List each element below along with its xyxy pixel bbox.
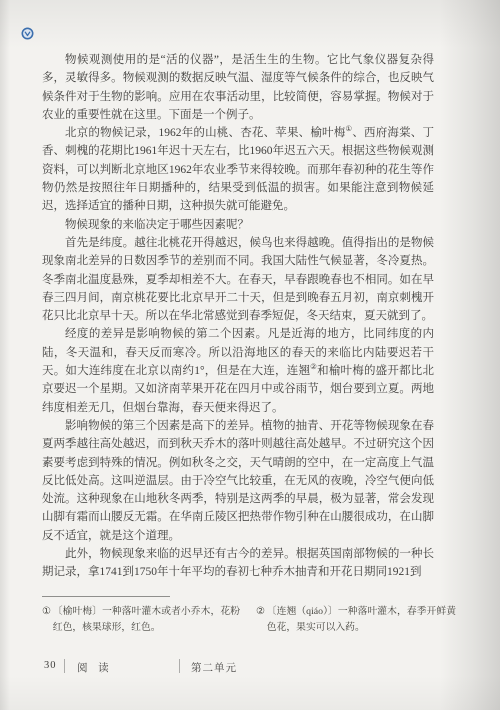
footer-divider bbox=[179, 659, 180, 673]
footnote-text: 〔连翘（qiáo）〕一种落叶灌木，春季开鲜黄色花，果实可以入药。 bbox=[267, 604, 456, 635]
circled-v-badge-icon[interactable] bbox=[21, 27, 34, 40]
body-paragraph: 首先是纬度。越往北桃花开得越迟，候鸟也来得越晚。值得指出的是物候现象南北差异的日… bbox=[42, 234, 434, 325]
page-number: 30 bbox=[44, 660, 57, 671]
footer-unit-label: 第二单元 bbox=[191, 660, 237, 675]
footnote-item: ② 〔连翘（qiáo）〕一种落叶灌木，春季开鲜黄色花，果实可以入药。 bbox=[256, 604, 456, 635]
body-paragraph: 影响物候的第三个因素是高下的差异。植物的抽青、开花等物候现象在春夏两季越往高处越… bbox=[42, 417, 434, 545]
footnote-term: 〔连翘（qiáo）〕 bbox=[267, 606, 338, 617]
footnote-area: ① 〔榆叶梅〕一种落叶灌木或者小乔木，花粉红色，核果球形，红色。 ② 〔连翘（q… bbox=[42, 604, 456, 635]
footnote-marker: ② bbox=[256, 604, 265, 635]
article-body: 物候观测使用的是“活的仪器”，是活生生的生物。它比气象仪器复杂得多，灵敏得多。物… bbox=[42, 51, 434, 582]
body-paragraph: 北京的物候记录，1962年的山桃、杏花、苹果、榆叶梅①、西府海棠、丁香、刺槐的花… bbox=[42, 124, 434, 215]
body-paragraph: 此外，物候现象来临的迟早还有古今的差异。根据英国南部物候的一种长期记录，拿174… bbox=[42, 545, 434, 582]
footnote-item: ① 〔榆叶梅〕一种落叶灌木或者小乔木，花粉红色，核果球形，红色。 bbox=[42, 604, 240, 635]
body-paragraph: 经度的差异是影响物候的第二个因素。凡是近海的地方，比同纬度的内陆，冬天温和，春天… bbox=[42, 325, 434, 416]
footnote-text: 〔榆叶梅〕一种落叶灌木或者小乔木，花粉红色，核果球形，红色。 bbox=[53, 604, 240, 635]
body-paragraph: 物候观测使用的是“活的仪器”，是活生生的生物。它比气象仪器复杂得多，灵敏得多。物… bbox=[42, 51, 434, 124]
footer-section-label: 阅 读 bbox=[77, 660, 113, 675]
footnote-divider bbox=[42, 596, 170, 597]
book-page: 物候观测使用的是“活的仪器”，是活生生的生物。它比气象仪器复杂得多，灵敏得多。物… bbox=[0, 0, 500, 710]
page-footer: 30 阅 读 第二单元 bbox=[0, 659, 500, 675]
footnote-marker: ① bbox=[42, 604, 51, 635]
body-paragraph: 物候现象的来临决定于哪些因素呢？ bbox=[42, 216, 434, 234]
footer-divider bbox=[64, 659, 65, 673]
circled-v-badge-glyph bbox=[21, 27, 34, 40]
footnote-term: 〔榆叶梅〕 bbox=[53, 606, 102, 617]
